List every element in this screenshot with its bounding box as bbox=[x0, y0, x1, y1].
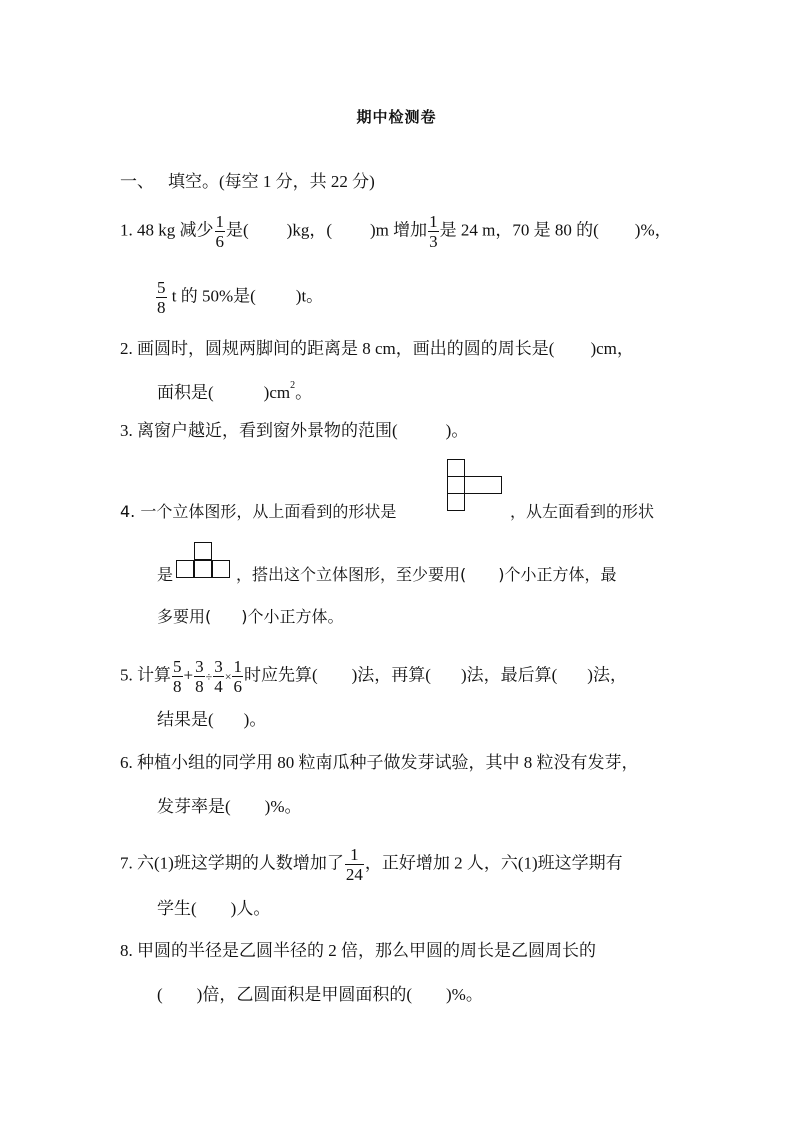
q4-text-f: 多要用( bbox=[157, 607, 211, 626]
question-4-line-2a: 是 bbox=[157, 563, 173, 587]
q1-text-a: 1. 48 kg 减少 bbox=[120, 220, 214, 239]
plus-operator: + bbox=[184, 665, 194, 684]
q5-text-a: 5. 计算 bbox=[120, 665, 171, 684]
question-4-line-3: 多要用()个小正方体。 bbox=[157, 605, 344, 629]
q1-text-g: t 的 50%是( bbox=[168, 286, 256, 305]
section-heading: 一、填空。(每空 1 分，共 22 分) bbox=[120, 170, 375, 194]
q4-text-d: ，搭出这个立体图形，至少要用( bbox=[236, 565, 466, 584]
q3-text-a: 3. 离窗户越近，看到窗外景物的范围( bbox=[120, 421, 398, 440]
fraction-one-twenty-fourth: 124 bbox=[345, 845, 364, 884]
question-2-line-2: 面积是()cm2。 bbox=[157, 381, 312, 405]
section-number: 一、 bbox=[120, 172, 154, 191]
q4-text-e: )个小正方体，最 bbox=[498, 565, 616, 584]
q5-text-c: )法，再算( bbox=[352, 665, 431, 684]
grid-cell bbox=[194, 560, 212, 578]
question-7-line-1: 7. 六(1)班这学期的人数增加了124，正好增加 2 人，六(1)班这学期有 bbox=[120, 845, 623, 884]
q5-text-d: )法，最后算( bbox=[461, 665, 557, 684]
q7-text-a: 7. 六(1)班这学期的人数增加了 bbox=[120, 853, 344, 872]
q6-text-c: )%。 bbox=[265, 797, 302, 816]
q2-text-c: 面积是( bbox=[157, 383, 214, 402]
q6-text-b: 发芽率是( bbox=[157, 797, 231, 816]
grid-cell bbox=[212, 560, 230, 578]
grid-cell bbox=[447, 493, 465, 511]
q4-text-a: 4. 一个立体图形，从上面看到的形状是 bbox=[120, 502, 396, 521]
q5-text-e: )法， bbox=[587, 665, 627, 684]
grid-cell bbox=[447, 459, 465, 477]
q5-text-b: 时应先算( bbox=[244, 665, 318, 684]
page-title: 期中检测卷 bbox=[0, 106, 793, 127]
q1-text-b: 是( bbox=[226, 220, 249, 239]
multiply-operator: × bbox=[225, 669, 232, 683]
left-view-figure bbox=[176, 542, 236, 582]
q5-text-f: 结果是( bbox=[157, 710, 214, 729]
question-1-line-1: 1. 48 kg 减少16是()kg，()m 增加13是 24 m，70 是 8… bbox=[120, 212, 672, 251]
fraction-one-third: 13 bbox=[428, 212, 439, 251]
q4-text-c: 是 bbox=[157, 565, 173, 584]
q1-text-d: )m 增加 bbox=[370, 220, 427, 239]
grid-cell bbox=[447, 476, 465, 494]
question-6-line-2: 发芽率是()%。 bbox=[157, 795, 302, 819]
q7-text-b: ，正好增加 2 人，六(1)班这学期有 bbox=[365, 853, 623, 872]
divide-operator: ÷ bbox=[206, 669, 213, 683]
fraction-five-eighths: 58 bbox=[172, 657, 183, 696]
q8-text-d: )%。 bbox=[446, 985, 483, 1004]
q1-text-e: 是 24 m，70 是 80 的( bbox=[440, 220, 599, 239]
q1-text-f: )%， bbox=[635, 220, 672, 239]
top-view-figure bbox=[447, 459, 507, 519]
q8-text-a: 8. 甲圆的半径是乙圆半径的 2 倍，那么甲圆的周长是乙圆周长的 bbox=[120, 941, 596, 960]
q2-text-e: 。 bbox=[295, 383, 312, 402]
q7-text-d: )人。 bbox=[231, 899, 271, 918]
grid-cell bbox=[464, 476, 502, 494]
question-4-line-1: 4. 一个立体图形，从上面看到的形状是 bbox=[120, 500, 396, 524]
fraction-five-eighths: 58 bbox=[156, 278, 167, 317]
q1-text-c: )kg，( bbox=[287, 220, 332, 239]
q5-text-g: )。 bbox=[244, 710, 267, 729]
q4-text-g: )个小正方体。 bbox=[241, 607, 343, 626]
grid-cell bbox=[194, 542, 212, 560]
q2-text-a: 2. 画圆时，圆规两脚间的距离是 8 cm，画出的圆的周长是( bbox=[120, 339, 554, 358]
q6-text-a: 6. 种植小组的同学用 80 粒南瓜种子做发芽试验，其中 8 粒没有发芽， bbox=[120, 753, 639, 772]
q8-text-b: ( bbox=[157, 985, 163, 1004]
grid-cell bbox=[176, 560, 194, 578]
question-5-line-1: 5. 计算58+38÷34×16时应先算()法，再算()法，最后算()法， bbox=[120, 657, 627, 696]
q8-text-c: )倍，乙圆面积是甲圆面积的( bbox=[197, 985, 412, 1004]
q2-text-b: )cm， bbox=[590, 339, 633, 358]
question-4-line-2b: ，搭出这个立体图形，至少要用()个小正方体，最 bbox=[236, 563, 617, 587]
fraction-three-quarters: 34 bbox=[213, 657, 224, 696]
question-8-line-1: 8. 甲圆的半径是乙圆半径的 2 倍，那么甲圆的周长是乙圆周长的 bbox=[120, 939, 596, 963]
q1-text-h: )t。 bbox=[296, 286, 323, 305]
question-6-line-1: 6. 种植小组的同学用 80 粒南瓜种子做发芽试验，其中 8 粒没有发芽， bbox=[120, 751, 639, 775]
q3-text-b: )。 bbox=[446, 421, 469, 440]
q2-text-d: )cm bbox=[264, 383, 290, 402]
section-label: 填空。(每空 1 分，共 22 分) bbox=[168, 172, 375, 191]
question-2-line-1: 2. 画圆时，圆规两脚间的距离是 8 cm，画出的圆的周长是()cm， bbox=[120, 337, 634, 361]
question-1-line-2: 58 t 的 50%是()t。 bbox=[155, 278, 323, 317]
question-7-line-2: 学生()人。 bbox=[157, 897, 270, 921]
fraction-three-eighths: 38 bbox=[194, 657, 205, 696]
question-3: 3. 离窗户越近，看到窗外景物的范围()。 bbox=[120, 419, 468, 443]
q4-text-b: ，从左面看到的形状 bbox=[510, 502, 654, 521]
question-8-line-2: ()倍，乙圆面积是甲圆面积的()%。 bbox=[157, 983, 483, 1007]
fraction-one-sixth: 16 bbox=[232, 657, 243, 696]
q7-text-c: 学生( bbox=[157, 899, 197, 918]
question-5-line-2: 结果是()。 bbox=[157, 708, 266, 732]
question-4-line-1b: ，从左面看到的形状 bbox=[510, 500, 654, 524]
fraction-one-sixth: 16 bbox=[215, 212, 226, 251]
